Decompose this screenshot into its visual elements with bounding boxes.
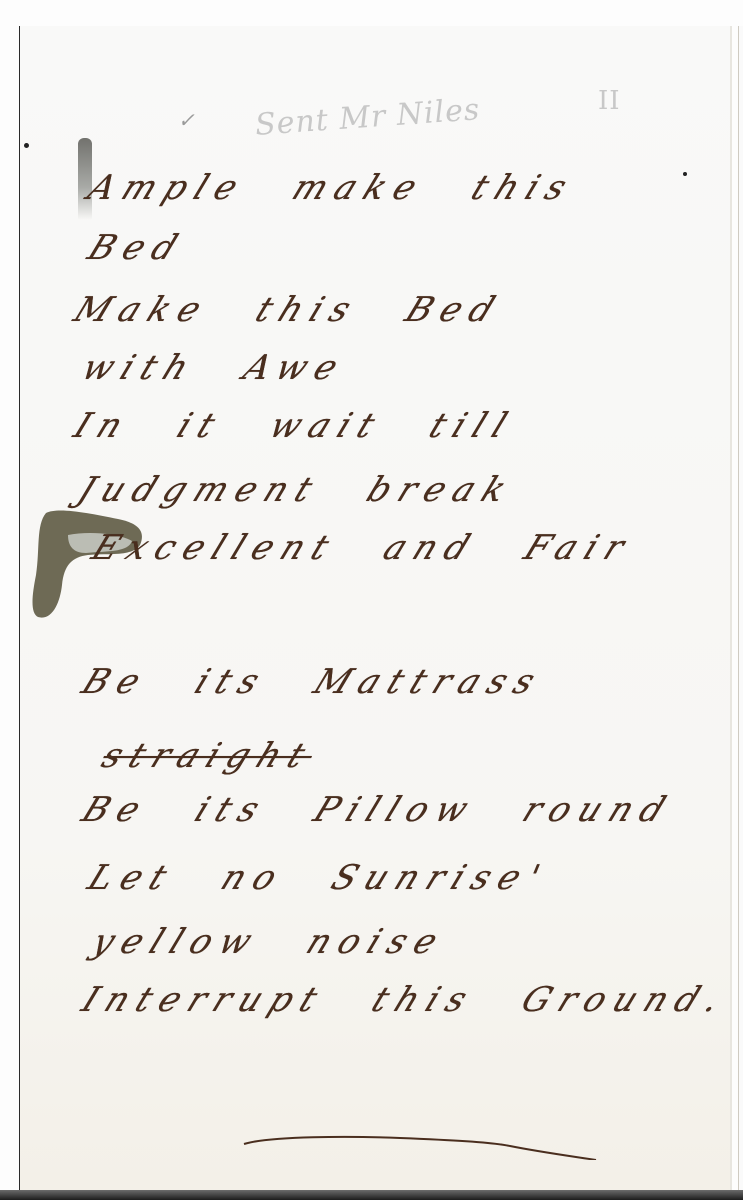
- closing-flourish: [240, 1130, 600, 1160]
- adjacent-page-edge: [738, 26, 743, 1190]
- manuscript-scan: ✓ Sent Mr Niles II Ample make this Bed M…: [0, 0, 743, 1200]
- poem-line-11: Let no Sunrise': [82, 858, 555, 898]
- poem-line-9-struck: straight: [96, 736, 320, 776]
- poem-line-1: Ample make this: [82, 168, 581, 208]
- scan-bottom-edge: [0, 1190, 743, 1200]
- poem-line-12: yellow noise: [86, 922, 452, 962]
- poem-line-10: Be its Pillow round: [76, 790, 680, 830]
- pencil-check-mark: ✓: [178, 108, 196, 132]
- ink-speck: [683, 172, 687, 176]
- poem-line-4: with Awe: [76, 348, 353, 388]
- poem-line-13: Interrupt this Ground.: [76, 980, 735, 1020]
- poem-line-5: In it wait till: [68, 406, 522, 446]
- poem-line-8: Be its Mattrass: [76, 662, 550, 702]
- poem-line-6: Judgment break: [72, 470, 521, 510]
- pencil-page-numeral: II: [598, 86, 621, 116]
- poem-line-7: Excellent and Fair: [86, 528, 639, 568]
- pin-hole-dot: [24, 143, 29, 148]
- poem-line-2: Bed: [82, 228, 192, 268]
- poem-line-3: Make this Bed: [68, 290, 509, 330]
